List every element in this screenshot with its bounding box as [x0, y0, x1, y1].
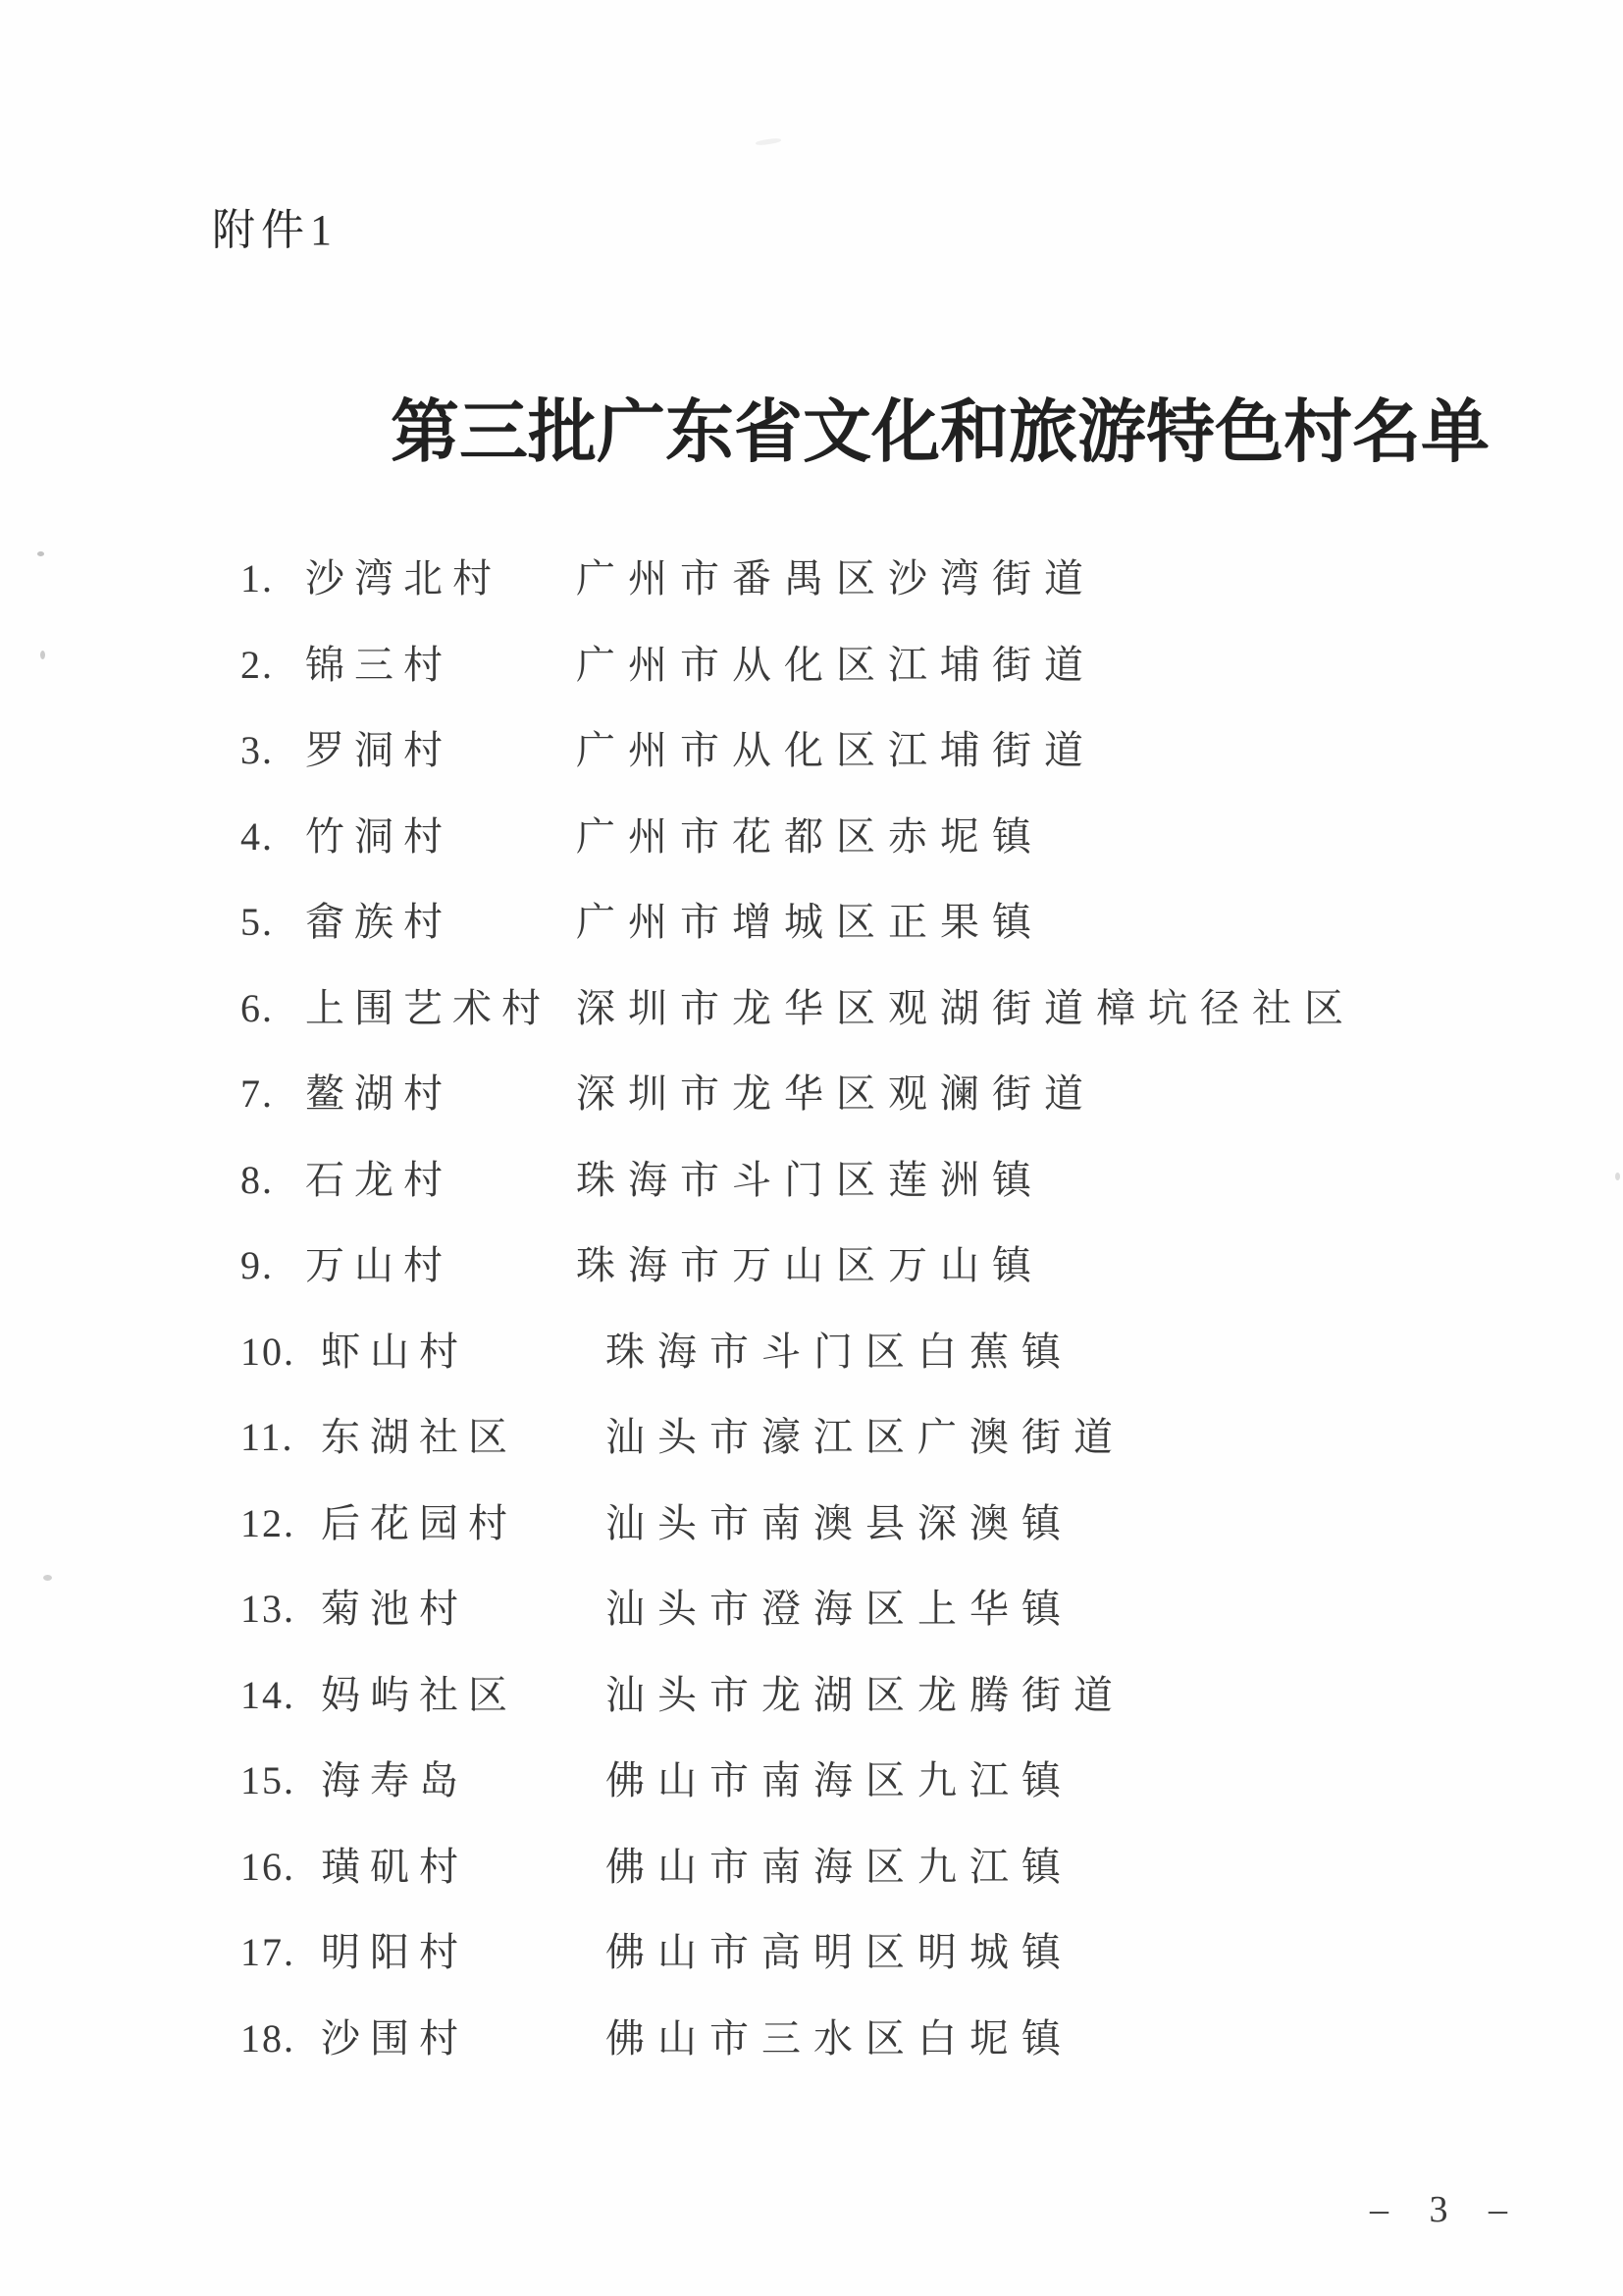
scan-speck — [1615, 1173, 1620, 1180]
village-name: 虾山村 — [321, 1325, 468, 1380]
village-name: 沙湾北村 — [305, 551, 501, 606]
village-location: 深圳市龙华区观澜街道 — [576, 1067, 1096, 1122]
list-item: 13.菊池村 汕头市澄海区上华镇 — [240, 1582, 1575, 1668]
document-page: 附件1 第三批广东省文化和旅游特色村名单 1.沙湾北村 广州市番禺区沙湾街道 2… — [0, 0, 1623, 2296]
scan-speck — [37, 551, 44, 556]
list-item: 1.沙湾北村 广州市番禺区沙湾街道 — [240, 551, 1575, 638]
list-item: 16.璜矶村 佛山市南海区九江镇 — [240, 1840, 1575, 1926]
village-location: 深圳市龙华区观湖街道樟坑径社区 — [576, 981, 1356, 1036]
item-number: 8. — [240, 1153, 305, 1208]
item-number: 14. — [240, 1668, 321, 1723]
item-number: 9. — [240, 1238, 305, 1293]
village-list: 1.沙湾北村 广州市番禺区沙湾街道 2.锦三村 广州市从化区江埔街道 3.罗洞村… — [240, 551, 1575, 2097]
item-number: 7. — [240, 1067, 305, 1122]
list-item: 17.明阳村 佛山市高明区明城镇 — [240, 1925, 1575, 2011]
item-number: 4. — [240, 809, 305, 864]
attachment-label: 附件1 — [212, 194, 338, 257]
scan-speck — [40, 651, 45, 659]
village-name: 后花园村 — [321, 1496, 517, 1551]
item-number: 12. — [240, 1496, 321, 1551]
item-number: 3. — [240, 723, 305, 778]
item-number: 5. — [240, 895, 305, 950]
list-item: 9.万山村 珠海市万山区万山镇 — [240, 1238, 1575, 1325]
village-location: 珠海市万山区万山镇 — [576, 1238, 1044, 1293]
village-name: 菊池村 — [321, 1582, 468, 1637]
village-location: 广州市增城区正果镇 — [576, 895, 1044, 950]
item-number: 2. — [240, 638, 305, 693]
item-number: 6. — [240, 981, 305, 1036]
village-name: 上围艺术村 — [305, 981, 550, 1036]
village-location: 珠海市斗门区莲洲镇 — [576, 1153, 1044, 1208]
village-name: 锦三村 — [305, 638, 452, 693]
village-name: 东湖社区 — [321, 1410, 517, 1465]
item-number: 17. — [240, 1925, 321, 1980]
scan-speck — [43, 1575, 52, 1581]
scan-smudge — [756, 137, 781, 146]
village-location: 佛山市三水区白坭镇 — [605, 2011, 1073, 2066]
village-location: 珠海市斗门区白蕉镇 — [605, 1325, 1073, 1380]
list-item: 11.东湖社区 汕头市濠江区广澳街道 — [240, 1410, 1575, 1496]
item-number: 1. — [240, 551, 305, 606]
village-location: 汕头市龙湖区龙腾街道 — [605, 1668, 1126, 1723]
village-location: 广州市从化区江埔街道 — [576, 638, 1096, 693]
item-number: 10. — [240, 1325, 321, 1380]
village-location: 佛山市南海区九江镇 — [605, 1840, 1073, 1895]
village-location: 佛山市南海区九江镇 — [605, 1753, 1073, 1808]
village-name: 海寿岛 — [321, 1753, 468, 1808]
item-number: 11. — [240, 1410, 321, 1465]
village-name: 妈屿社区 — [321, 1668, 517, 1723]
list-item: 2.锦三村 广州市从化区江埔街道 — [240, 638, 1575, 724]
list-item: 10.虾山村 珠海市斗门区白蕉镇 — [240, 1325, 1575, 1411]
list-item: 12.后花园村 汕头市南澳县深澳镇 — [240, 1496, 1575, 1583]
item-number: 16. — [240, 1840, 321, 1895]
village-location: 广州市花都区赤坭镇 — [576, 809, 1044, 864]
document-title: 第三批广东省文化和旅游特色村名单 — [391, 377, 1490, 476]
list-item: 3.罗洞村 广州市从化区江埔街道 — [240, 723, 1575, 809]
village-location: 汕头市南澳县深澳镇 — [605, 1496, 1073, 1551]
village-name: 明阳村 — [321, 1925, 468, 1980]
list-item: 7.鳌湖村 深圳市龙华区观澜街道 — [240, 1067, 1575, 1153]
list-item: 18.沙围村 佛山市三水区白坭镇 — [240, 2011, 1575, 2098]
village-name: 万山村 — [305, 1238, 452, 1293]
item-number: 13. — [240, 1582, 321, 1637]
village-name: 石龙村 — [305, 1153, 452, 1208]
village-location: 广州市从化区江埔街道 — [576, 723, 1096, 778]
list-item: 6.上围艺术村 深圳市龙华区观湖街道樟坑径社区 — [240, 981, 1575, 1068]
village-name: 鳌湖村 — [305, 1067, 452, 1122]
village-name: 沙围村 — [321, 2011, 468, 2066]
village-name: 畲族村 — [305, 895, 452, 950]
village-location: 汕头市澄海区上华镇 — [605, 1582, 1073, 1637]
village-location: 佛山市高明区明城镇 — [605, 1925, 1073, 1980]
village-name: 璜矶村 — [321, 1840, 468, 1895]
village-location: 汕头市濠江区广澳街道 — [605, 1410, 1126, 1465]
list-item: 14.妈屿社区 汕头市龙湖区龙腾街道 — [240, 1668, 1575, 1754]
list-item: 4.竹洞村 广州市花都区赤坭镇 — [240, 809, 1575, 896]
list-item: 5.畲族村 广州市增城区正果镇 — [240, 895, 1575, 981]
village-name: 罗洞村 — [305, 723, 452, 778]
list-item: 15.海寿岛 佛山市南海区九江镇 — [240, 1753, 1575, 1840]
village-location: 广州市番禺区沙湾街道 — [576, 551, 1096, 606]
list-item: 8.石龙村 珠海市斗门区莲洲镇 — [240, 1153, 1575, 1239]
page-number: – 3 – — [1370, 2188, 1523, 2231]
item-number: 15. — [240, 1753, 321, 1808]
item-number: 18. — [240, 2011, 321, 2066]
village-name: 竹洞村 — [305, 809, 452, 864]
